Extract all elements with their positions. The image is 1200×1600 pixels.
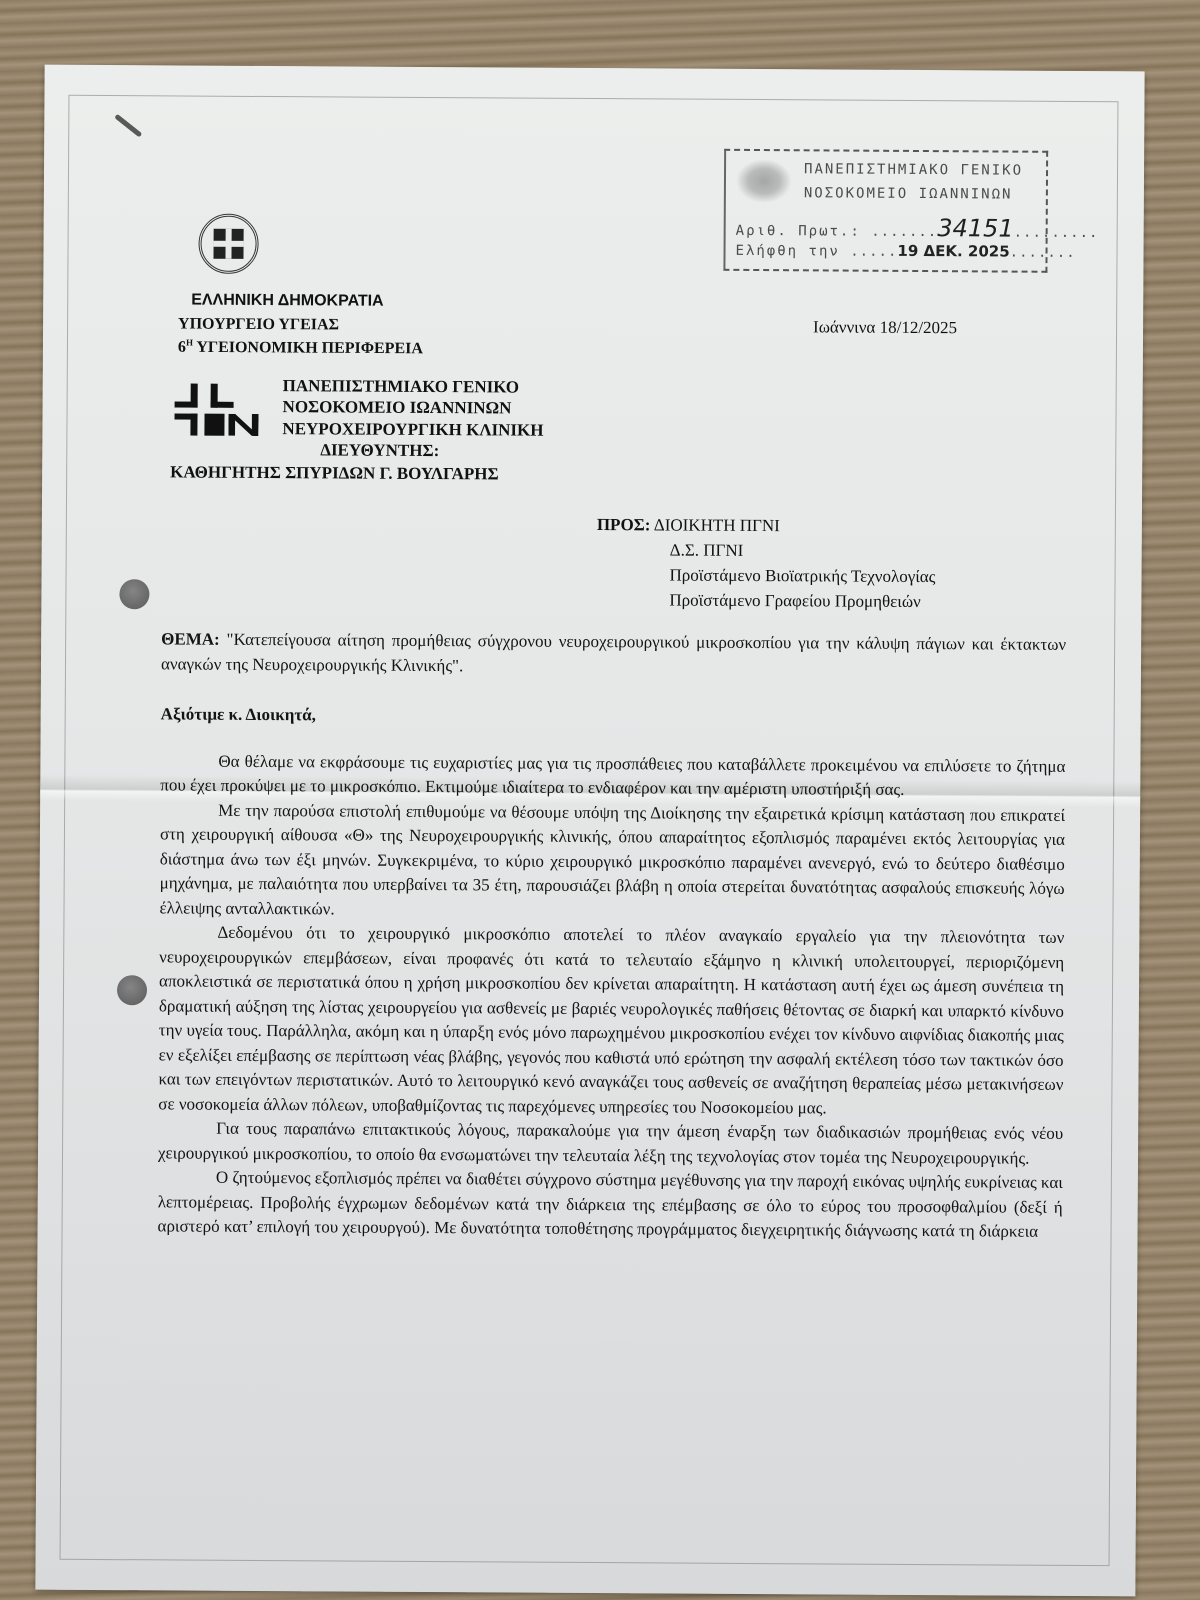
stamp-line-1: ΠΑΝΕΠΙΣΤΗΜΙΑΚΟ ΓΕΝΙΚΟ (804, 161, 1038, 178)
header-clinic: ΝΕΥΡΟΧΕΙΡΟΥΡΓΙΚΗ ΚΛΙΝΙΚΗ (282, 419, 543, 441)
greeting: Αξιότιμε κ. Διοικητά, (161, 702, 1066, 732)
paragraph: Δεδομένου ότι το χειρουργικό μικροσκόπιο… (158, 920, 1064, 1122)
recipient: ΔΙΟΙΚΗΤΗ ΠΓΝΙ (654, 515, 780, 535)
stamp-protocol-number: 34151 (937, 214, 1014, 242)
header-country: ΕΛΛΗΝΙΚΗ ΔΗΜΟΚΡΑΤΙΑ (191, 292, 384, 311)
recipient: Δ.Σ. ΠΓΝΙ (597, 537, 936, 564)
paragraph: Με την παρούσα επιστολή επιθυμούμε να θέ… (159, 798, 1065, 926)
protocol-stamp: ΠΑΝΕΠΙΣΤΗΜΙΑΚΟ ΓΕΝΙΚΟ ΝΟΣΟΚΟΜΕΙΟ ΙΩΑΝΝΙΝ… (723, 149, 1048, 273)
stamp-protocol-label: Αριθ. Πρωτ.: (736, 223, 861, 240)
header-region: 6Η ΥΓΕΙΟΝΟΜΙΚΗ ΠΕΡΙΦΕΡΕΙΑ (178, 337, 423, 358)
pen-mark (114, 114, 142, 138)
stamp-received-label: Ελήφθη την (735, 243, 839, 260)
punch-hole (119, 579, 149, 609)
header-director-label: ΔΙΕΥΘΥΝΤΗΣ: (320, 440, 439, 461)
stamp-received-date: 19 ΔΕΚ. 2025 (897, 242, 1009, 261)
recipient: Προϊστάμενο Βιοϊατρικής Τεχνολογίας (596, 562, 935, 589)
header-hospital-line1: ΠΑΝΕΠΙΣΤΗΜΙΑΚΟ ΓΕΝΙΚΟ (283, 376, 519, 397)
stamp-line-2: ΝΟΣΟΚΟΜΕΙΟ ΙΩΑΝΝΙΝΩΝ (804, 185, 1038, 202)
subject: ΘΕΜΑ: "Κατεπείγουσα αίτηση προμήθειας σύ… (161, 627, 1066, 682)
paragraph: Θα θέλαμε να εκφράσουμε τις ευχαριστίες … (160, 749, 1065, 804)
stamp-crest-icon (736, 159, 792, 203)
recipients-block: ΠΡΟΣ: ΔΙΟΙΚΗΤΗ ΠΓΝΙ Δ.Σ. ΠΓΝΙ Προϊστάμεν… (596, 512, 935, 614)
header-hospital-line2: ΝΟΣΟΚΟΜΕΙΟ ΙΩΑΝΝΙΝΩΝ (283, 397, 512, 418)
punch-hole (117, 975, 147, 1005)
stamp-protocol: Αριθ. Πρωτ.: .......34151......... (736, 213, 1038, 243)
paragraph: Για τους παραπάνω επιτακτικούς λόγους, π… (158, 1116, 1063, 1171)
subject-label: ΘΕΜΑ: (161, 629, 220, 648)
greek-coat-of-arms-icon (198, 214, 258, 274)
hospital-logo-icon (174, 383, 264, 444)
paragraph: Ο ζητούμενος εξοπλισμός πρέπει να διαθέτ… (157, 1165, 1062, 1244)
stamp-received: Ελήφθη την .....19 ΔΕΚ. 2025....... (735, 241, 1037, 261)
recipient: Προϊστάμενο Γραφείου Προμηθειών (596, 587, 935, 614)
recipients-label: ΠΡΟΣ: (597, 515, 651, 534)
place-date: Ιωάννινα 18/12/2025 (813, 317, 957, 338)
header-ministry: ΥΠΟΥΡΓΕΙΟ ΥΓΕΙΑΣ (178, 315, 339, 334)
letter-body: ΘΕΜΑ: "Κατεπείγουσα αίτηση προμήθειας σύ… (157, 627, 1066, 1244)
header-director-name: ΚΑΘΗΓΗΤΗΣ ΣΠΥΡΙΔΩΝ Γ. ΒΟΥΛΓΑΡΗΣ (170, 462, 499, 484)
letter-page: ΠΑΝΕΠΙΣΤΗΜΙΑΚΟ ΓΕΝΙΚΟ ΝΟΣΟΚΟΜΕΙΟ ΙΩΑΝΝΙΝ… (35, 65, 1144, 1597)
subject-text: "Κατεπείγουσα αίτηση προμήθειας σύγχρονο… (161, 630, 1066, 675)
